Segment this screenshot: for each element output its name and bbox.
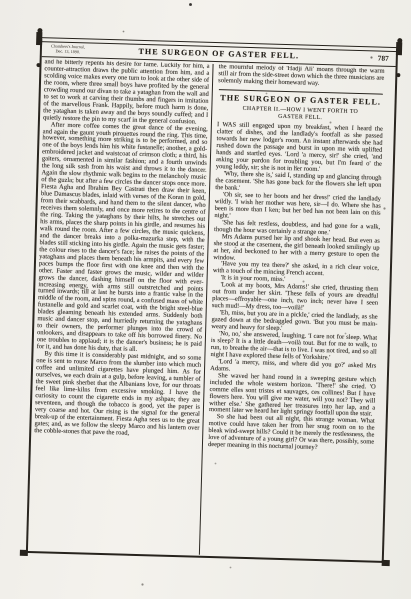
finial-knob-right <box>396 73 400 77</box>
paragraph: I WAS still engaged upon my breakfast, w… <box>216 122 383 175</box>
scan-noise-speckles <box>0 0 1 1</box>
finial-knob-top-left <box>37 28 42 33</box>
corner-ornament-bottom-left <box>20 550 28 556</box>
chapter-heading: CHAPTER II.—HOW I WENT FORTH TO GASTER F… <box>233 105 367 122</box>
corner-ornament-top-left <box>36 32 42 45</box>
page-frame: Chambers's Journal, Dec. 13, 1890. THE S… <box>26 37 398 563</box>
story-body: I WAS still engaged upon my breakfast, w… <box>208 122 383 453</box>
paragraph: So she had been out all night, this stra… <box>208 414 375 453</box>
paragraph: and he bitterly repents his desire for f… <box>43 59 210 126</box>
paragraph: After more coffee comes the great dance … <box>37 122 208 356</box>
previous-article-ending: the mournful melody of 'Hadji Ali' moans… <box>218 64 385 89</box>
paragraph: She waved her hand round in a sweeping g… <box>209 373 376 419</box>
page-number: 787 <box>378 54 389 63</box>
finial-knob-top-right <box>397 38 402 43</box>
paragraph: the mournful melody of 'Hadji Ali' moans… <box>218 64 385 89</box>
text-columns: and he bitterly repents his desire for f… <box>31 59 394 560</box>
right-column: the mournful melody of 'Hadji Ali' moans… <box>205 64 385 559</box>
left-column: and he bitterly repents his desire for f… <box>31 59 210 554</box>
paragraph: By this time it is considerably past mid… <box>34 351 201 439</box>
scanned-page: Chambers's Journal, Dec. 13, 1890. THE S… <box>0 0 411 599</box>
corner-ornament-top-right <box>396 42 402 55</box>
corner-ornament-bottom-right <box>382 560 390 566</box>
